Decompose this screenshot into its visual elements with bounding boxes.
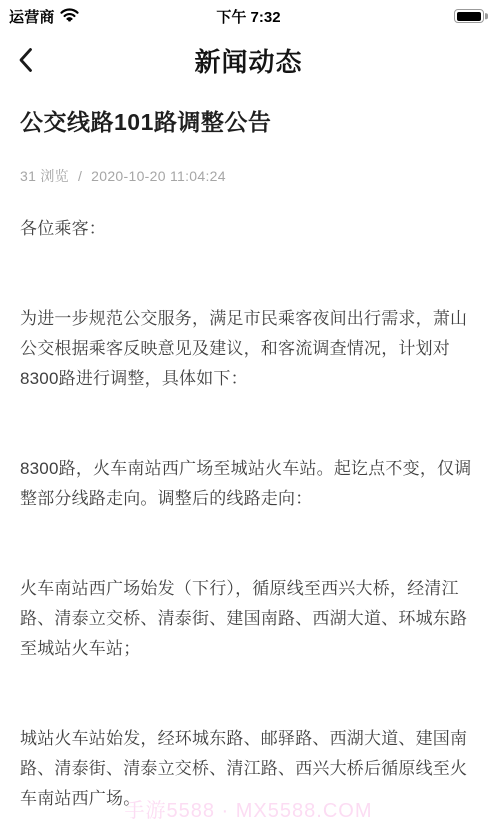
nav-bar: 新闻动态 [0,28,497,92]
page-title: 新闻动态 [194,42,302,79]
meta-separator: / [78,168,82,184]
status-bar: 运营商 下午 7:32 [0,0,497,28]
chevron-left-icon [18,61,33,76]
status-bar-left: 运营商 [9,6,79,27]
article-title: 公交线路101路调整公告 [20,108,477,136]
carrier-label: 运营商 [9,6,55,27]
article-body: 各位乘客： 为进一步规范公交服务，满足市民乘客夜间出行需求，萧山公交根据乘客反映… [20,214,477,814]
paragraph-route-summary: 8300路，火车南站西广场至城站火车站。起讫点不变，仅调整部分线路走向。调整后的… [20,454,477,514]
article: 公交线路101路调整公告 31 浏览 / 2020-10-20 11:04:24… [0,108,497,814]
app-screen: 运营商 下午 7:32 [0,0,497,833]
paragraph-downbound-route: 火车南站西广场始发（下行），循原线至西兴大桥，经清江路、清泰立交桥、清泰街、建国… [20,574,477,664]
paragraph-greeting: 各位乘客： [20,214,477,244]
battery-fill [457,12,481,21]
status-bar-right [454,9,491,23]
article-meta: 31 浏览 / 2020-10-20 11:04:24 [20,166,477,186]
battery-nub [485,13,488,19]
paragraph-intro: 为进一步规范公交服务，满足市民乘客夜间出行需求，萧山公交根据乘客反映意见及建议，… [20,304,477,394]
back-button[interactable] [12,41,39,79]
publish-datetime: 2020-10-20 11:04:24 [91,168,226,184]
battery-icon [454,9,484,23]
wifi-icon [60,7,79,27]
paragraph-upbound-route: 城站火车站始发，经环城东路、邮驿路、西湖大道、建国南路、清泰街、清泰立交桥、清江… [20,724,477,814]
view-count: 31 浏览 [20,166,69,186]
